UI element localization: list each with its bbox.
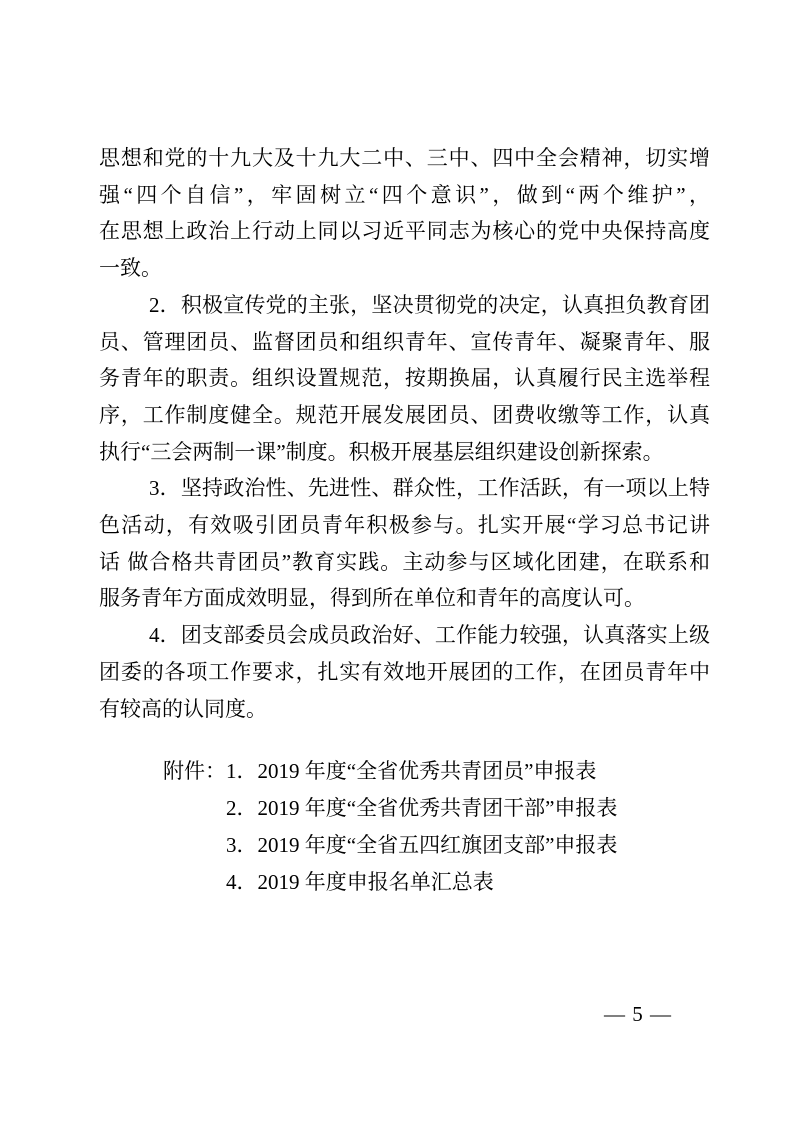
body-line: 思想和党的十九大及十九大二中、三中、四中全会精神，切实增 bbox=[99, 140, 710, 177]
body-line: 务青年的职责。组织设置规范，按期换届，认真履行民主选举程 bbox=[99, 360, 710, 397]
attachments-label: 附件： bbox=[163, 753, 226, 901]
body-line: 4．团支部委员会成员政治好、工作能力较强，认真落实上级 bbox=[99, 617, 710, 654]
body-line: 一致。 bbox=[99, 250, 710, 287]
body-line: 员、管理团员、监督团员和组织青年、宣传青年、凝聚青年、服 bbox=[99, 324, 710, 361]
body-line: 有较高的认同度。 bbox=[99, 691, 710, 728]
body-line: 强“四个自信”，牢固树立“四个意识”，做到“两个维护”， bbox=[99, 177, 710, 214]
page-number: — 5 — bbox=[604, 1002, 672, 1026]
body-line: 在思想上政治上行动上同以习近平同志为核心的党中央保持高度 bbox=[99, 213, 710, 250]
body-paragraphs: 思想和党的十九大及十九大二中、三中、四中全会精神，切实增强“四个自信”，牢固树立… bbox=[99, 140, 710, 727]
body-line: 3．坚持政治性、先进性、群众性，工作活跃，有一项以上特 bbox=[99, 470, 710, 507]
body-line: 团委的各项工作要求，扎实有效地开展团的工作，在团员青年中 bbox=[99, 654, 710, 691]
attachment-item: 3．2019 年度“全省五四红旗团支部”申报表 bbox=[226, 827, 710, 864]
attachment-item: 4．2019 年度申报名单汇总表 bbox=[226, 864, 710, 901]
body-line: 执行“三会两制一课”制度。积极开展基层组织建设创新探索。 bbox=[99, 434, 710, 471]
body-line: 序，工作制度健全。规范开展发展团员、团费收缴等工作，认真 bbox=[99, 397, 710, 434]
body-line: 色活动，有效吸引团员青年积极参与。扎实开展“学习总书记讲 bbox=[99, 507, 710, 544]
body-line: 2．积极宣传党的主张，坚决贯彻党的决定，认真担负教育团 bbox=[99, 287, 710, 324]
body-line: 话 做合格共青团员”教育实践。主动参与区域化团建，在联系和 bbox=[99, 544, 710, 581]
attachment-item: 2．2019 年度“全省优秀共青团干部”申报表 bbox=[226, 790, 710, 827]
attachments-list: 1．2019 年度“全省优秀共青团员”申报表2．2019 年度“全省优秀共青团干… bbox=[226, 753, 710, 901]
body-line: 服务青年方面成效明显，得到所在单位和青年的高度认可。 bbox=[99, 580, 710, 617]
attachment-item: 1．2019 年度“全省优秀共青团员”申报表 bbox=[226, 753, 710, 790]
document-body: 思想和党的十九大及十九大二中、三中、四中全会精神，切实增强“四个自信”，牢固树立… bbox=[99, 140, 710, 901]
attachments-block: 附件： 1．2019 年度“全省优秀共青团员”申报表2．2019 年度“全省优秀… bbox=[163, 753, 710, 901]
document-page: 思想和党的十九大及十九大二中、三中、四中全会精神，切实增强“四个自信”，牢固树立… bbox=[0, 0, 793, 1122]
